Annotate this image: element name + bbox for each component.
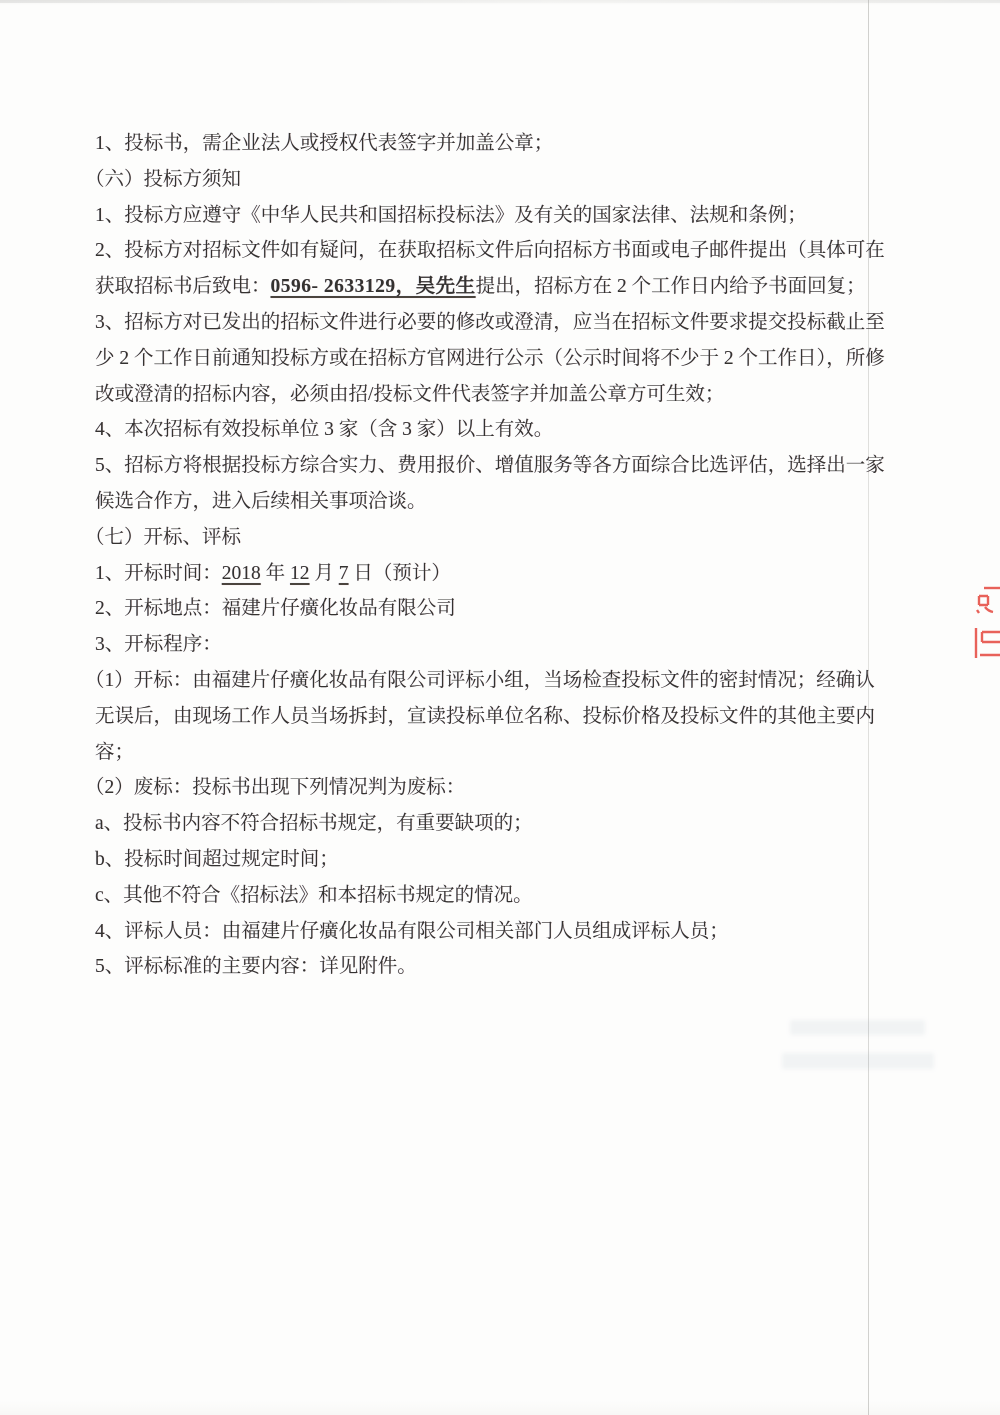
phone-prefix-text: 获取招标书后致电： xyxy=(95,276,271,297)
phone-suffix-text: 提出，招标方在 2 个工作日内给予书面回复； xyxy=(476,276,866,297)
clause-7-1-opening-time: 1、开标时间：2018 年 12 月 7 日（预计） xyxy=(95,556,905,592)
opening-day-underlined: 7 xyxy=(339,563,349,584)
clause-6-3-amendments-line-3: 改或澄清的招标内容，必须由招/投标文件代表签字并加盖公章方可生效； xyxy=(95,377,905,413)
procedure-1-opening-line-3: 容； xyxy=(95,735,905,771)
clause-6-1-law-compliance: 1、投标方应遵守《中华人民共和国招标投标法》及有关的国家法律、法规和条例； xyxy=(95,198,905,234)
document-body: 1、投标书，需企业法人或授权代表签字并加盖公章； （六）投标方须知 1、投标方应… xyxy=(95,126,905,985)
contact-phone-underlined: 0596- 2633129，吴先生 xyxy=(271,276,476,297)
clause-6-5-evaluation-line-1: 5、招标方将根据投标方综合实力、费用报价、增值服务等各方面综合比选评估，选择出一… xyxy=(95,448,905,484)
clause-6-2-questions-line-2: 获取招标书后致电：0596- 2633129，吴先生提出，招标方在 2 个工作日… xyxy=(95,269,905,305)
clause-6-3-amendments-line-2: 少 2 个工作日前通知投标方或在招标方官网进行公示（公示时间将不少于 2 个工作… xyxy=(95,341,905,377)
heading-section-6-bidder-notes: （六）投标方须知 xyxy=(85,162,905,198)
procedure-2-void-bids-heading: （2）废标：投标书出现下列情况判为废标： xyxy=(85,770,905,806)
clause-7-5-criteria-attachment: 5、评标标准的主要内容：详见附件。 xyxy=(95,949,905,985)
year-unit-text: 年 xyxy=(261,563,290,584)
ink-bleedthrough-mark xyxy=(782,1053,934,1069)
month-unit-text: 月 xyxy=(310,563,339,584)
void-condition-b: b、投标时间超过规定时间； xyxy=(95,842,905,878)
clause-7-2-opening-place: 2、开标地点：福建片仔癀化妆品有限公司 xyxy=(95,591,905,627)
clause-7-4-evaluators: 4、评标人员：由福建片仔癀化妆品有限公司相关部门人员组成评标人员； xyxy=(95,914,905,950)
opening-year-underlined: 2018 xyxy=(222,563,261,584)
clause-bid-letter-signature: 1、投标书，需企业法人或授权代表签字并加盖公章； xyxy=(95,126,905,162)
day-unit-text: 日（预计） xyxy=(349,563,451,584)
clause-6-3-amendments-line-1: 3、招标方对已发出的招标文件进行必要的修改或澄清，应当在招标文件要求提交投标截止… xyxy=(95,305,905,341)
clause-6-5-evaluation-line-2: 候选合作方，进入后续相关事项洽谈。 xyxy=(95,484,905,520)
procedure-1-opening-line-1: （1）开标：由福建片仔癀化妆品有限公司评标小组，当场检查投标文件的密封情况；经确… xyxy=(85,663,905,699)
scanned-document-page: 1、投标书，需企业法人或授权代表签字并加盖公章； （六）投标方须知 1、投标方应… xyxy=(0,0,1000,1415)
opening-time-label: 1、开标时间： xyxy=(95,563,222,584)
void-condition-a: a、投标书内容不符合招标书规定，有重要缺项的； xyxy=(95,806,905,842)
clause-6-4-valid-bidder-count: 4、本次招标有效投标单位 3 家（含 3 家）以上有效。 xyxy=(95,412,905,448)
heading-section-7-bid-opening: （七）开标、评标 xyxy=(85,520,905,556)
clause-7-3-opening-procedure: 3、开标程序： xyxy=(95,627,905,663)
red-seal-fragment xyxy=(973,583,1000,663)
procedure-1-opening-line-2: 无误后，由现场工作人员当场拆封，宣读投标单位名称、投标价格及投标文件的其他主要内 xyxy=(95,699,905,735)
clause-6-2-questions-line-1: 2、投标方对招标文件如有疑问，在获取招标文件后向招标方书面或电子邮件提出（具体可… xyxy=(95,233,905,269)
opening-month-underlined: 12 xyxy=(290,563,310,584)
void-condition-c: c、其他不符合《招标法》和本招标书规定的情况。 xyxy=(95,878,905,914)
ink-bleedthrough-mark xyxy=(790,1020,925,1035)
scan-edge-artifact xyxy=(0,0,1000,3)
